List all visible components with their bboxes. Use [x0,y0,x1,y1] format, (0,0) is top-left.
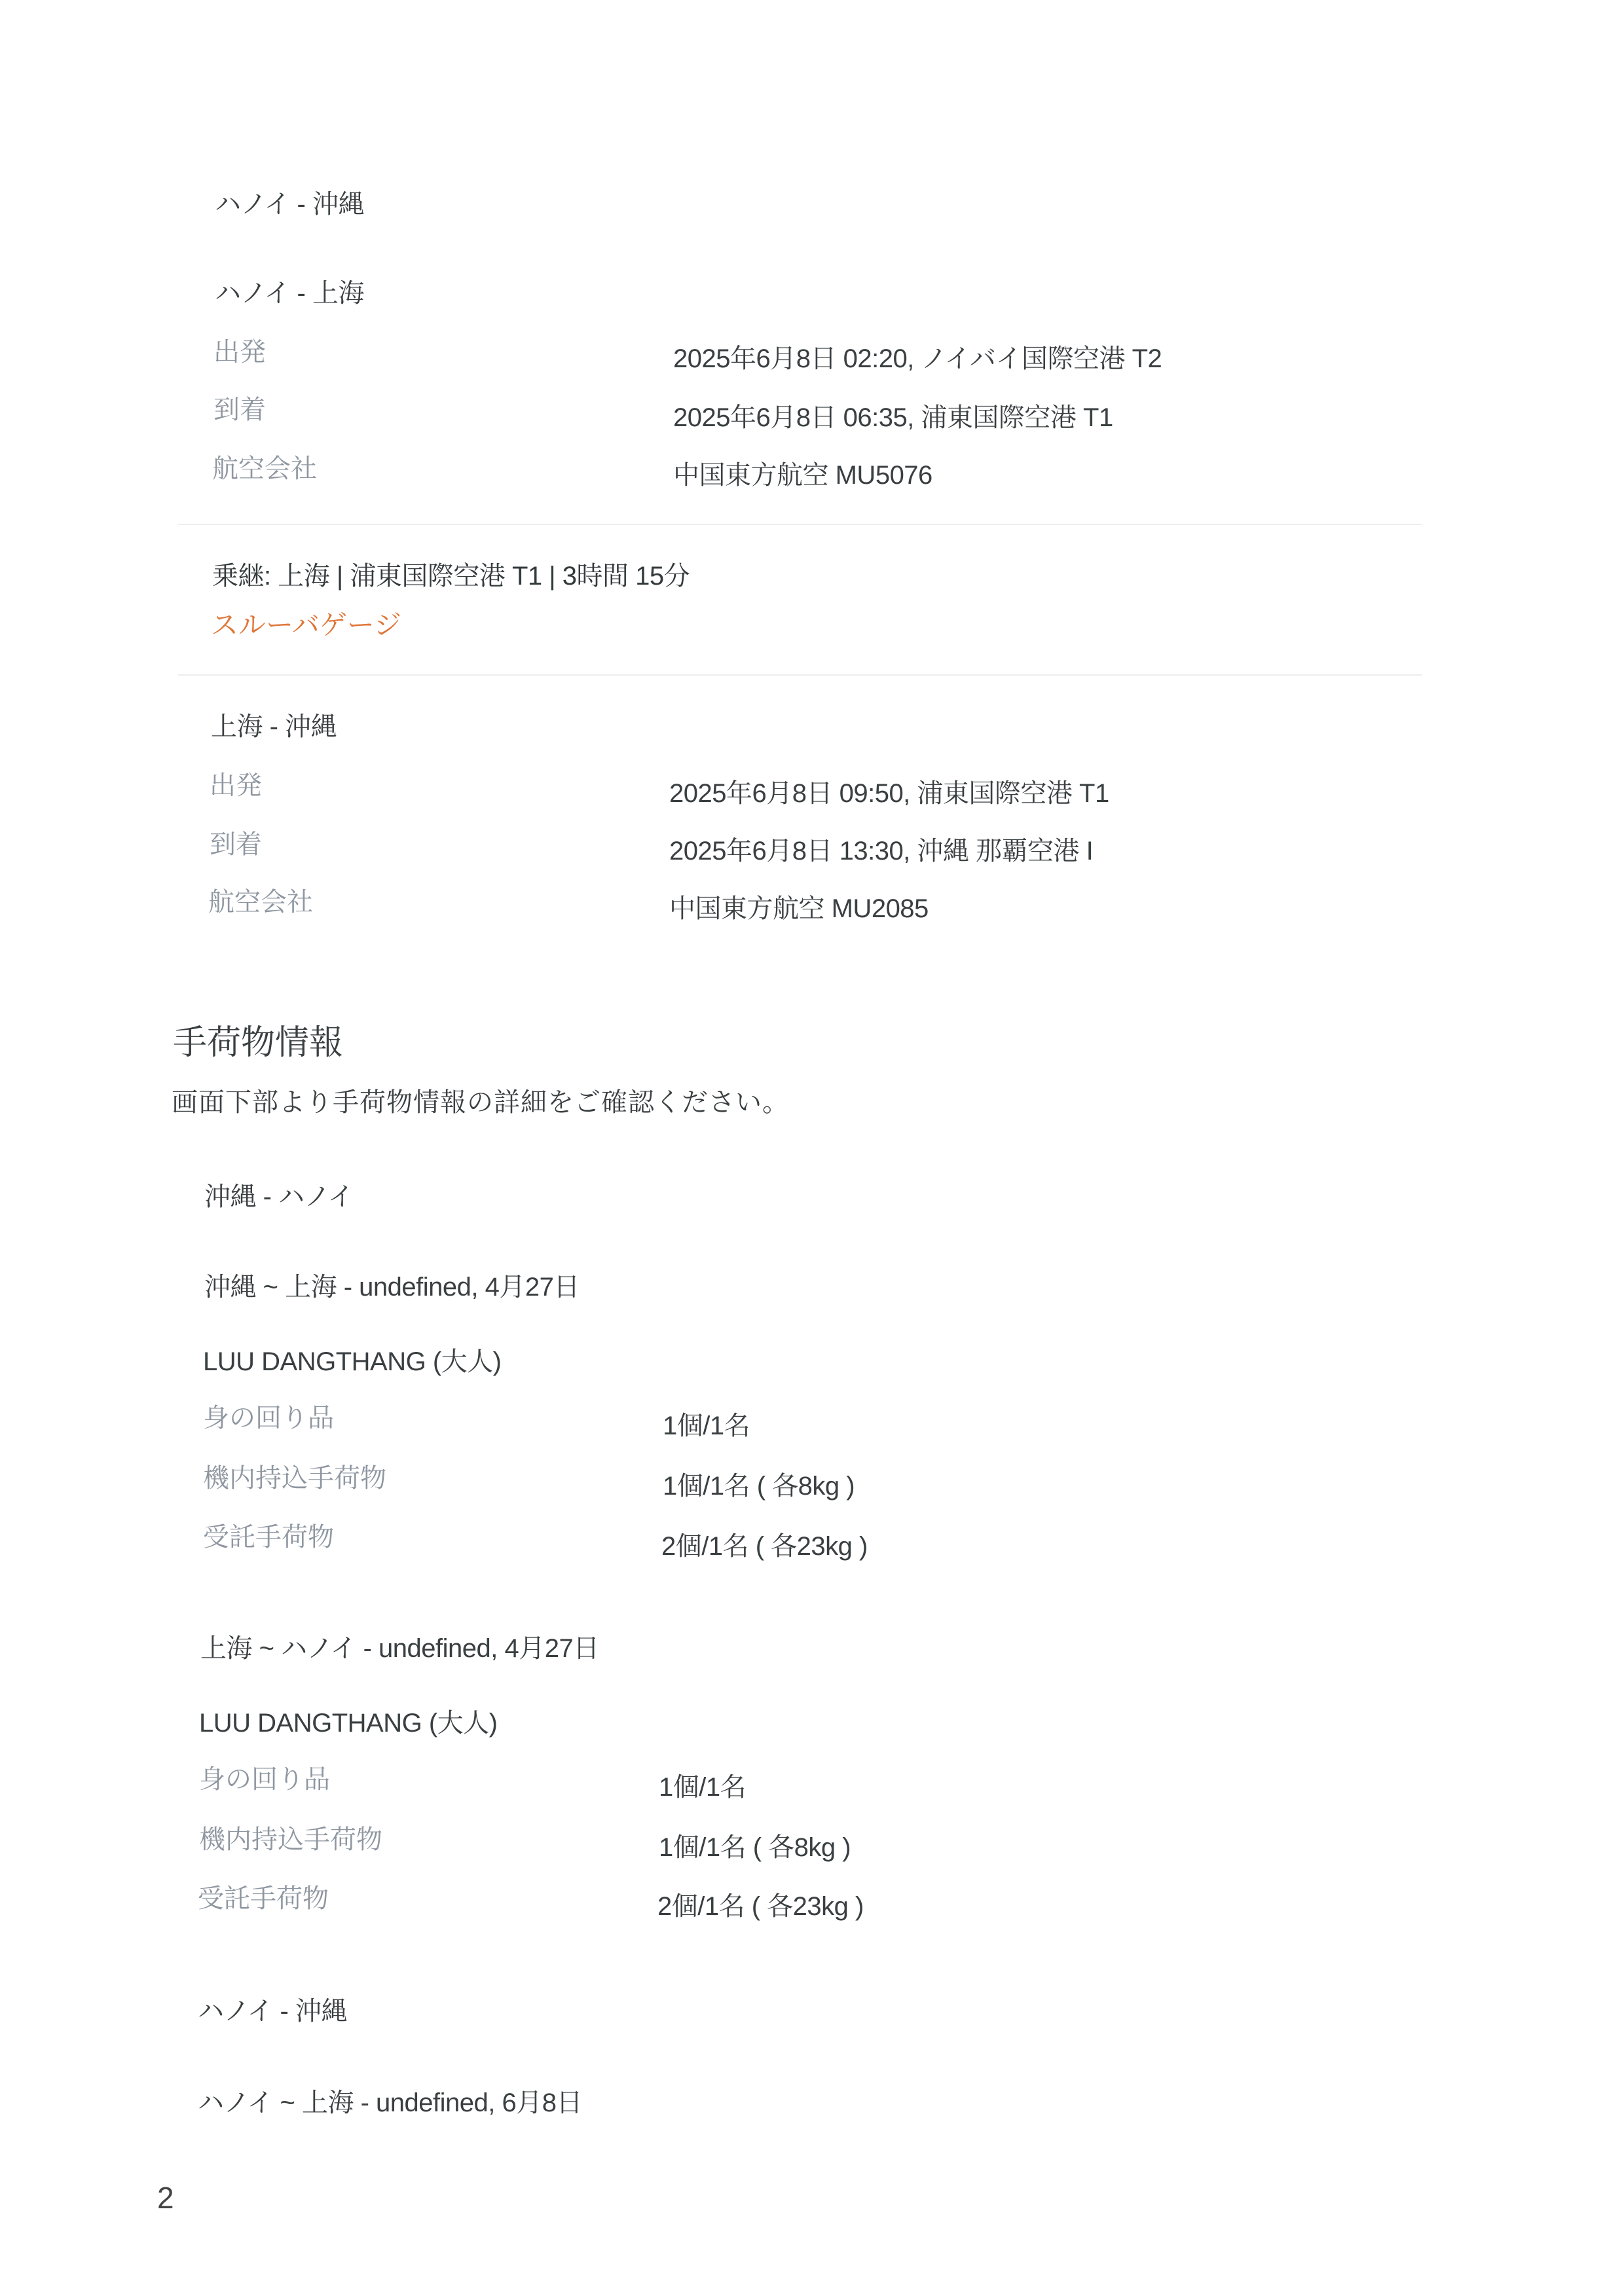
checked-baggage-label: 受託手荷物 [198,1878,329,1915]
divider [178,674,1422,676]
departure-label: 出発 [210,765,262,802]
segment-title: ハノイ - 上海 [215,272,364,310]
baggage-section-title: 手荷物情報 [173,1015,343,1064]
departure-label: 出発 [213,331,266,369]
carry-on-label: 機内持込手荷物 [199,1819,382,1856]
baggage-journey-title: 沖縄 - ハノイ [204,1176,354,1213]
page-number: 2 [157,2180,174,2215]
departure-value: 2025年6月8日 09:50, 浦東国際空港 T1 [669,773,1109,810]
personal-item-label: 身の回り品 [203,1397,334,1434]
carry-on-value: 1個/1名 ( 各8kg ) [663,1465,855,1503]
arrival-value: 2025年6月8日 06:35, 浦東国際空港 T1 [673,397,1113,434]
carry-on-value: 1個/1名 ( 各8kg ) [659,1827,851,1864]
personal-item-value: 1個/1名 [659,1766,746,1804]
personal-item-label: 身の回り品 [199,1758,330,1796]
arrival-label: 到着 [213,389,266,426]
airline-label: 航空会社 [208,881,313,919]
personal-item-value: 1個/1名 [663,1405,750,1442]
checked-baggage-value: 2個/1名 ( 各23kg ) [657,1886,864,1923]
checked-baggage-label: 受託手荷物 [203,1516,334,1554]
arrival-label: 到着 [210,824,262,861]
transfer-info: 乗継: 上海 | 浦東国際空港 T1 | 3時間 15分 [212,555,690,592]
journey-title-hanoi-okinawa: ハノイ - 沖縄 [215,183,364,221]
baggage-journey-title: ハノイ - 沖縄 [198,1990,347,2028]
through-baggage-label: スルーバゲージ [211,604,401,643]
airline-value: 中国東方航空 MU2085 [669,888,929,925]
baggage-segment-title: ハノイ ~ 上海 - undefined, 6月8日 [198,2082,582,2119]
baggage-section-description: 画面下部より手荷物情報の詳細をご確認ください。 [172,1082,789,1119]
departure-value: 2025年6月8日 02:20, ノイバイ国際空港 T2 [673,338,1162,375]
carry-on-label: 機内持込手荷物 [203,1457,386,1495]
baggage-segment-title: 沖縄 ~ 上海 - undefined, 4月27日 [204,1266,580,1303]
checked-baggage-value: 2個/1名 ( 各23kg ) [661,1525,868,1563]
passenger-name: LUU DANGTHANG (大人) [203,1341,501,1378]
baggage-segment-title: 上海 ~ ハノイ - undefined, 4月27日 [200,1628,599,1665]
segment-title: 上海 - 沖縄 [211,706,337,743]
airline-value: 中国東方航空 MU5076 [673,454,932,492]
airline-label: 航空会社 [212,448,317,485]
divider [178,524,1422,525]
passenger-name: LUU DANGTHANG (大人) [199,1702,497,1740]
arrival-value: 2025年6月8日 13:30, 沖縄 那覇空港 I [669,830,1093,867]
